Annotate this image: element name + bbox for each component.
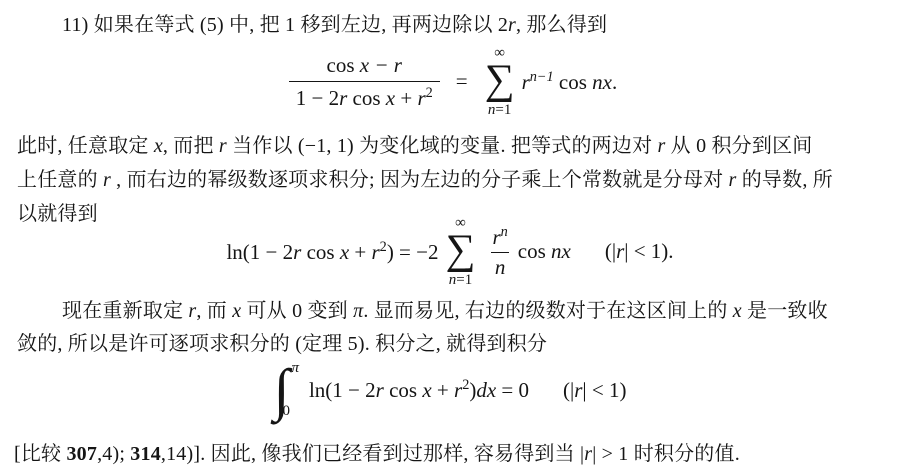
paragraph1-line1: 此时, 任意取定 x, 而把 r 当作以 (−1, 1) 为变化域的变量. 把等… (17, 133, 812, 159)
document-page: 11) 如果在等式 (5) 中, 把 1 移到左边, 再两边除以 2r, 那么得… (0, 0, 900, 470)
formula-cosine-series: cos x − r 1 − 2r cos x + r2 = ∞ ∑ n=1 rn… (0, 46, 900, 118)
equals-sign: = (456, 69, 468, 94)
fraction-denominator: n (491, 252, 510, 280)
fraction: rn n (488, 224, 511, 280)
integral-limits: π 0 (289, 360, 299, 420)
integral-upper-limit: π (291, 360, 299, 377)
summation: ∞ ∑ n=1 (446, 216, 476, 288)
paragraph1-line2: 上任意的 r , 而右边的幂级数逐项求积分; 因为左边的分子乘上个常数就是分母对… (17, 167, 833, 193)
sigma-icon: ∑ (485, 62, 515, 100)
paragraph2-line1: 现在重新取定 r, 而 x 可从 0 变到 π. 显而易见, 右边的级数对于在这… (62, 298, 828, 324)
paragraph2-line2: 敛的, 所以是许可逐项求积分的 (定理 5). 积分之, 就得到积分 (17, 331, 547, 357)
closing-line: [比较 307,4); 314,14)]. 因此, 像我们已经看到过那样, 容易… (14, 441, 740, 467)
series-term: rn−1 cos nx. (522, 69, 618, 95)
integral: ∫ π 0 (274, 360, 299, 420)
fraction-denominator: 1 − 2r cos x + r2 (289, 81, 440, 111)
intro-line: 11) 如果在等式 (5) 中, 把 1 移到左边, 再两边除以 2r, 那么得… (62, 12, 607, 38)
sum-lower-limit: n=1 (449, 273, 472, 288)
formula-log-series: ln(1 − 2r cos x + r2) = −2 ∞ ∑ n=1 rn n … (0, 216, 900, 288)
sigma-icon: ∑ (446, 232, 476, 270)
condition: (|r| < 1) (563, 378, 626, 403)
integrand: ln(1 − 2r cos x + r2)dx = 0 (309, 377, 529, 403)
formula-integral: ∫ π 0 ln(1 − 2r cos x + r2)dx = 0 (|r| <… (0, 360, 900, 420)
fraction: cos x − r 1 − 2r cos x + r2 (289, 53, 440, 111)
condition: (|r| < 1). (605, 239, 674, 264)
fraction-numerator: rn (488, 224, 511, 252)
fraction-numerator: cos x − r (320, 53, 409, 81)
series-term: cos nx (518, 239, 571, 264)
integral-lower-limit: 0 (282, 403, 299, 420)
summation: ∞ ∑ n=1 (485, 46, 515, 118)
log-lhs: ln(1 − 2r cos x + r2) = −2 (226, 239, 438, 265)
sum-lower-limit: n=1 (488, 103, 511, 118)
